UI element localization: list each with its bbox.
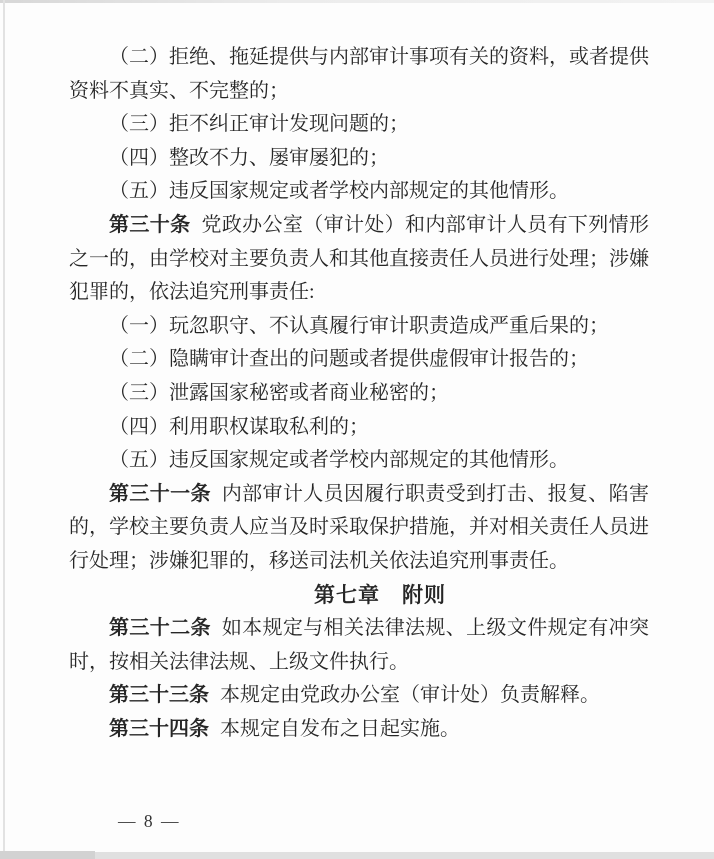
clause-item: （五）违反国家规定或者学校内部规定的其他情形。	[69, 175, 649, 209]
clause-item: （二）隐瞒审计查出的问题或者提供虚假审计报告的；	[69, 343, 649, 377]
clause-text: （三）拒不纠正审计发现问题的；	[109, 113, 409, 135]
article-number: 第三十三条	[109, 684, 209, 706]
clause-text: （五）违反国家规定或者学校内部规定的其他情形。	[109, 180, 569, 202]
clause-text: （四）利用职权谋取私利的；	[109, 416, 369, 438]
clause-text: （四）整改不力、屡审屡犯的；	[109, 147, 389, 169]
scan-artifact-bottom-corner	[0, 851, 95, 859]
article-paragraph: 第三十一条内部审计人员因履行职责受到打击、报复、陷害的，学校主要负责人应当及时采…	[69, 478, 649, 579]
clause-item: （四）整改不力、屡审屡犯的；	[69, 142, 649, 176]
article-number: 第三十二条	[109, 617, 211, 639]
clause-item: （五）违反国家规定或者学校内部规定的其他情形。	[69, 444, 649, 478]
scan-artifact-bottom-edge	[0, 852, 714, 859]
clause-text: （二）隐瞒审计查出的问题或者提供虚假审计报告的；	[109, 348, 589, 370]
clause-item: （二）拒绝、拖延提供与内部审计事项有关的资料，或者提供资料不真实、不完整的；	[69, 41, 649, 108]
scan-artifact-left-edge	[3, 0, 5, 859]
article-paragraph: 第三十四条本规定自发布之日起实施。	[69, 713, 649, 747]
article-text: 本规定自发布之日起实施。	[220, 718, 460, 740]
clause-text: （二）拒绝、拖延提供与内部审计事项有关的资料，或者提供资料不真实、不完整的；	[69, 46, 649, 102]
clause-item: （三）泄露国家秘密或者商业秘密的；	[69, 377, 649, 411]
article-paragraph: 第三十二条如本规定与相关法律法规、上级文件规定有冲突时，按相关法律法规、上级文件…	[69, 612, 649, 679]
article-paragraph: 第三十三条本规定由党政办公室（审计处）负责解释。	[69, 679, 649, 713]
chapter-heading: 第七章 附则	[69, 579, 649, 613]
clause-item: （四）利用职权谋取私利的；	[69, 411, 649, 445]
document-page: （二）拒绝、拖延提供与内部审计事项有关的资料，或者提供资料不真实、不完整的； （…	[69, 41, 649, 746]
clause-item: （一）玩忽职守、不认真履行审计职责造成严重后果的；	[69, 310, 649, 344]
clause-text: （三）泄露国家秘密或者商业秘密的；	[109, 382, 449, 404]
clause-item: （三）拒不纠正审计发现问题的；	[69, 108, 649, 142]
clause-text: （一）玩忽职守、不认真履行审计职责造成严重后果的；	[109, 315, 609, 337]
page-number: — 8 —	[118, 811, 181, 832]
article-text: 本规定由党政办公室（审计处）负责解释。	[220, 684, 600, 706]
article-number: 第三十一条	[109, 483, 211, 505]
clause-text: （五）违反国家规定或者学校内部规定的其他情形。	[109, 449, 569, 471]
article-number: 第三十条	[109, 214, 190, 236]
scan-artifact-top-edge	[0, 0, 714, 3]
article-number: 第三十四条	[109, 718, 209, 740]
article-paragraph: 第三十条党政办公室（审计处）和内部审计人员有下列情形之一的，由学校对主要负责人和…	[69, 209, 649, 310]
